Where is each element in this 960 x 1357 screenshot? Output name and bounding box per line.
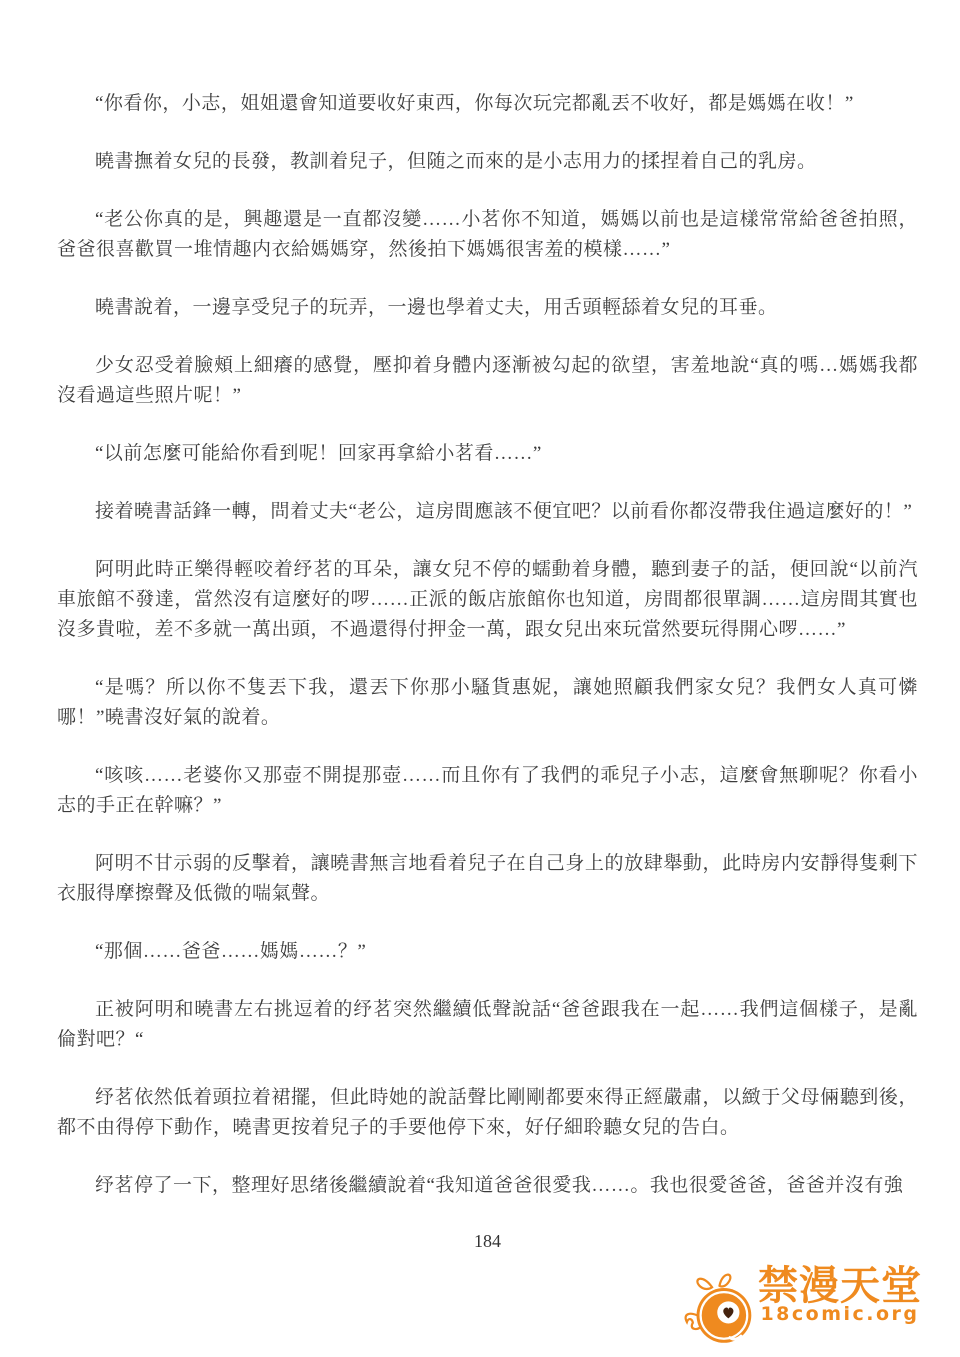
paragraph: 少女忍受着臉頰上細癢的感覺，壓抑着身體内逐漸被勾起的欲望，害羞地說“真的嗎…媽媽… [57,351,918,411]
brand-name: 禁漫天堂 [758,1266,922,1306]
paragraph: “你看你，小志，姐姐還會知道要收好東西，你每次玩完都亂丟不收好，都是媽媽在收！” [57,89,918,119]
paragraph: 纾茗依然低着頭拉着裙擺，但此時她的說話聲比剛剛都要來得正經嚴肅，以緻于父母倆聽到… [57,1083,918,1143]
brand-url: 18comic.org [760,1303,919,1325]
paragraph: 曉書撫着女兒的長發，教訓着兒子，但随之而來的是小志用力的揉捏着自己的乳房。 [57,147,918,177]
paragraph: 曉書說着，一邊享受兒子的玩弄，一邊也學着丈夫，用舌頭輕舔着女兒的耳垂。 [57,293,918,323]
paragraph: “咳咳……老婆你又那壺不開提那壺……而且你有了我們的乖兒子小志，這麼會無聊呢？你… [57,761,918,821]
paragraph: 正被阿明和曉書左右挑逗着的纾茗突然繼續低聲說話“爸爸跟我在一起……我們這個樣子，… [57,995,918,1055]
page-number: 184 [57,1231,918,1252]
body-text: “你看你，小志，姐姐還會知道要收好東西，你每次玩完都亂丟不收好，都是媽媽在收！”… [57,89,918,1229]
novel-page: “你看你，小志，姐姐還會知道要收好東西，你每次玩完都亂丟不收好，都是媽媽在收！”… [0,0,960,1357]
paragraph: “那個……爸爸……媽媽……？” [57,937,918,967]
jm-whale-mascot-icon [681,1266,755,1350]
brand-text: 禁漫天堂 18comic.org [758,1266,922,1325]
watermark-logo: 禁漫天堂 18comic.org [681,1266,922,1350]
paragraph: “是嗎？所以你不隻丟下我，還丟下你那小騷貨惠妮，讓她照顧我們家女兒？我們女人真可… [57,673,918,733]
paragraph: “以前怎麼可能給你看到呢！回家再拿給小茗看……” [57,439,918,469]
paragraph: 阿明此時正樂得輕咬着纾茗的耳朵，讓女兒不停的蠕動着身體，聽到妻子的話，便回說“以… [57,555,918,645]
paragraph: 阿明不甘示弱的反擊着，讓曉書無言地看着兒子在自己身上的放肆舉動，此時房内安靜得隻… [57,849,918,909]
paragraph: 接着曉書話鋒一轉，問着丈夫“老公，這房間應該不便宜吧？以前看你都沒帶我住過這麼好… [57,497,918,527]
paragraph: 纾茗停了一下，整理好思绪後繼續說着“我知道爸爸很愛我……。我也很愛爸爸，爸爸并沒… [57,1171,918,1201]
paragraph: “老公你真的是，興趣還是一直都沒變……小茗你不知道，媽媽以前也是這樣常常給爸爸拍… [57,205,918,265]
